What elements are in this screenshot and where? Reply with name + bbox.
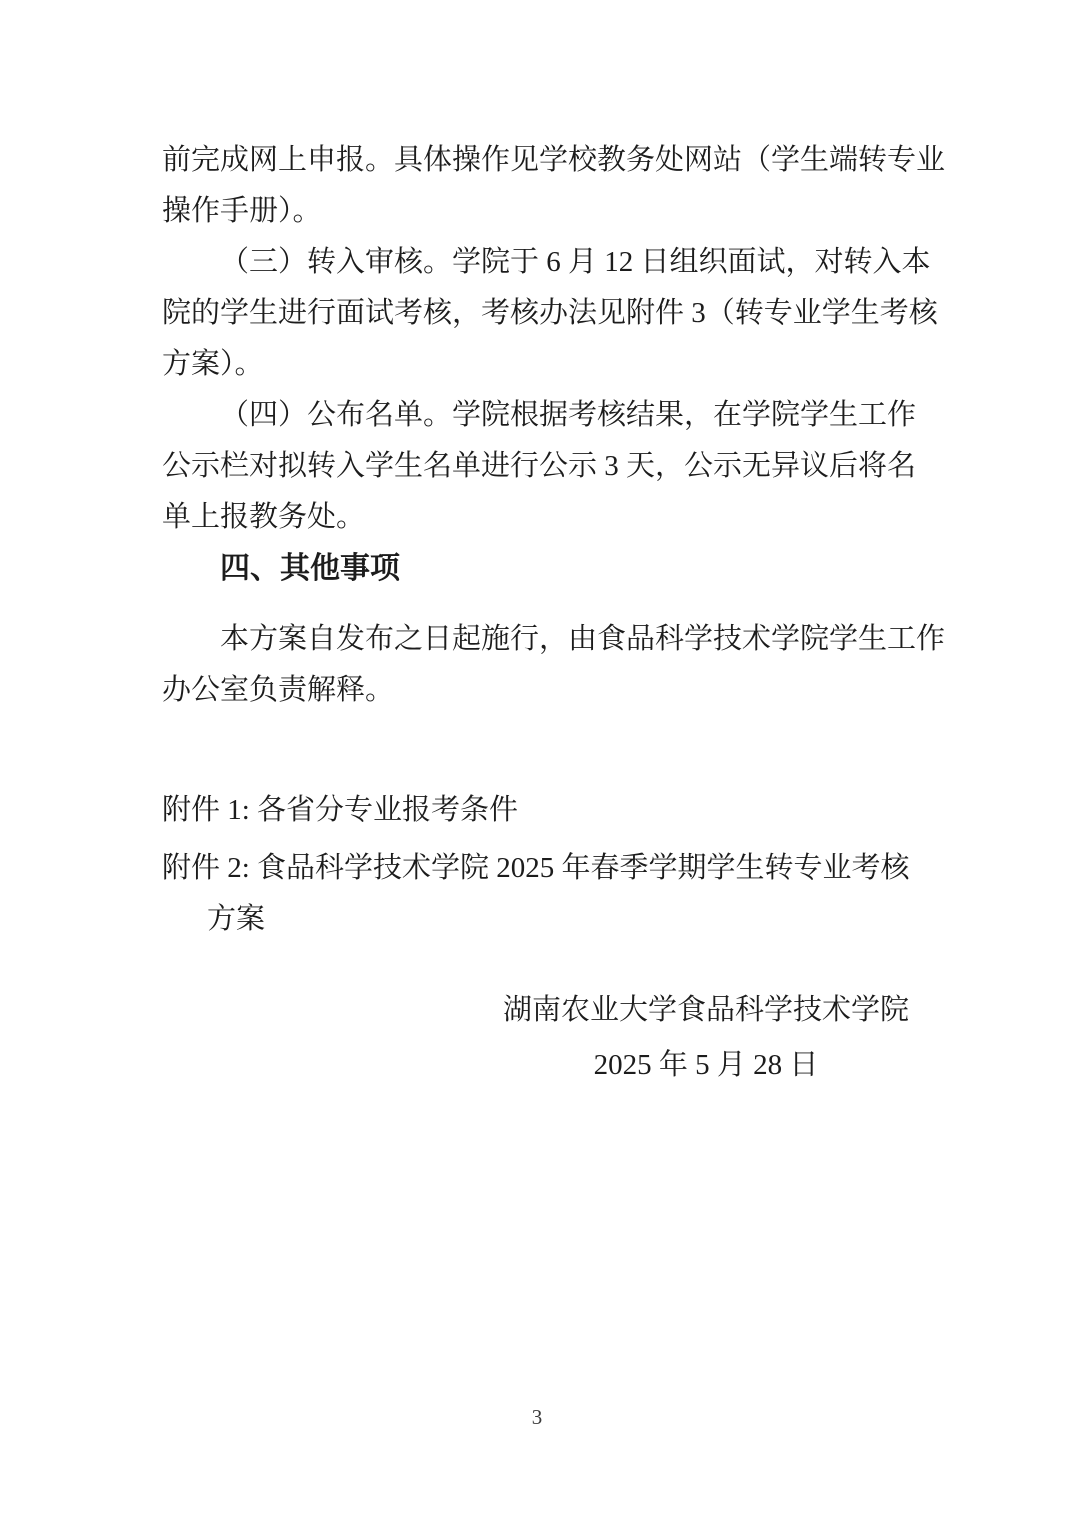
attachment-2-line-1: 附件 2: 食品科学技术学院 2025 年春季学期学生转专业考核	[162, 843, 924, 894]
page-number: 3	[0, 1404, 1074, 1430]
signature-date: 2025 年 5 月 28 日	[503, 1040, 909, 1091]
document-body: 前完成网上申报。具体操作见学校教务处网站（学生端转专业 操作手册）。 （三）转入…	[162, 135, 924, 945]
item-three-line-3: 方案）。	[162, 339, 924, 390]
item-four-line-2: 公示栏对拟转入学生名单进行公示 3 天，公示无异议后将名	[162, 441, 924, 492]
section-heading-other-matters: 四、其他事项	[162, 543, 924, 594]
continuation-line-2: 操作手册）。	[162, 186, 924, 237]
attachment-2-line-2: 方案	[162, 894, 924, 945]
item-three-line-2: 院的学生进行面试考核，考核办法见附件 3（转专业学生考核	[162, 288, 924, 339]
closing-line-1: 本方案自发布之日起施行，由食品科学技术学院学生工作	[162, 614, 924, 665]
item-three-line-1: （三）转入审核。学院于 6 月 12 日组织面试，对转入本	[162, 237, 924, 288]
document-page: 前完成网上申报。具体操作见学校教务处网站（学生端转专业 操作手册）。 （三）转入…	[0, 0, 1074, 1520]
signature-block: 湖南农业大学食品科学技术学院 2025 年 5 月 28 日	[503, 985, 909, 1091]
signature-org: 湖南农业大学食品科学技术学院	[503, 985, 909, 1036]
closing-line-2: 办公室负责解释。	[162, 665, 924, 716]
continuation-line-1: 前完成网上申报。具体操作见学校教务处网站（学生端转专业	[162, 135, 924, 186]
attachment-1: 附件 1: 各省分专业报考条件	[162, 785, 924, 836]
item-four-line-1: （四）公布名单。学院根据考核结果，在学院学生工作	[162, 390, 924, 441]
item-four-line-3: 单上报教务处。	[162, 492, 924, 543]
